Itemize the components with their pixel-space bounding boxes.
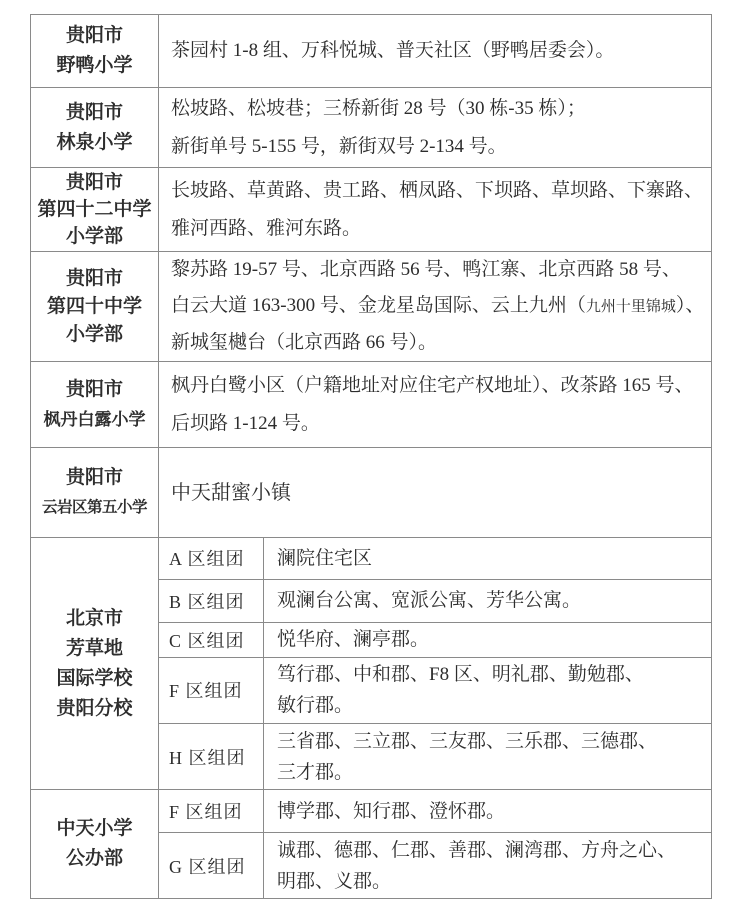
school-name-line: 林泉小学 — [56, 128, 132, 158]
content-line: 松坡路、松坡巷；三桥新街 28 号（30 栋-35 栋）； — [171, 90, 707, 128]
content-line: 悦华府、澜亭郡。 — [277, 624, 707, 655]
zone-label-cell: A 区组团 — [159, 538, 264, 579]
school-name-line: 国际学校 — [56, 664, 132, 694]
zone-label-cell: F 区组团 — [159, 790, 264, 832]
content-line: 茶园村 1-8 组、万科悦城、普天社区（野鸭居委会）。 — [171, 32, 707, 70]
school-name-line: 小学部 — [66, 223, 123, 250]
content-line: 博学郡、知行郡、澄怀郡。 — [277, 796, 707, 827]
zone-content-cell: 诚郡、德郡、仁郡、善郡、澜湾郡、方舟之心、 明郡、义郡。 — [264, 833, 711, 898]
zone-group-row: F 区组团 博学郡、知行郡、澄怀郡。 — [159, 790, 711, 833]
zone-label: G 区组团 — [169, 853, 246, 879]
zone-content-cell: 笃行郡、中和郡、F8 区、明礼郡、勤勉郡、 敏行郡。 — [264, 658, 711, 724]
content-line: 三省郡、三立郡、三友郡、三乐郡、三德郡、 — [277, 726, 707, 757]
school-name-cell: 中天小学 公办部 — [31, 790, 159, 898]
zone-label-cell: F 区组团 — [159, 658, 264, 724]
zone-group-row: B 区组团 观澜台公寓、宽派公寓、芳华公寓。 — [159, 580, 711, 623]
zone-label-cell: G 区组团 — [159, 833, 264, 898]
content-line: 观澜台公寓、宽派公寓、芳华公寓。 — [277, 585, 707, 616]
school-district-table: 贵阳市 野鸭小学 茶园村 1-8 组、万科悦城、普天社区（野鸭居委会）。 贵阳市… — [30, 14, 712, 899]
school-name-cell: 贵阳市 枫丹白露小学 — [31, 362, 159, 447]
school-name-line: 贵阳市 — [66, 463, 123, 493]
content-line: 笃行郡、中和郡、F8 区、明礼郡、勤勉郡、 — [277, 659, 707, 690]
zone-group-row: A 区组团 澜院住宅区 — [159, 538, 711, 580]
content-text-small: 九州十里锦城 — [586, 299, 676, 315]
district-content-cell: 枫丹白鹭小区（户籍地址对应住宅产权地址）、改茶路 165 号、 后坝路 1-12… — [159, 362, 711, 447]
school-name-line: 北京市 — [66, 604, 123, 634]
content-text: ）、 — [676, 295, 705, 316]
zone-label: F 区组团 — [169, 677, 243, 703]
content-line: 敏行郡。 — [277, 690, 707, 721]
district-content-cell: 松坡路、松坡巷；三桥新街 28 号（30 栋-35 栋）； 新街单号 5-155… — [159, 88, 711, 167]
document-page: 贵阳市 野鸭小学 茶园村 1-8 组、万科悦城、普天社区（野鸭居委会）。 贵阳市… — [0, 0, 740, 901]
content-line: 明郡、义郡。 — [277, 866, 707, 897]
school-name-line: 枫丹白露小学 — [44, 405, 146, 435]
school-name-line: 芳草地 — [66, 634, 123, 664]
zone-group-row: G 区组团 诚郡、德郡、仁郡、善郡、澜湾郡、方舟之心、 明郡、义郡。 — [159, 833, 711, 898]
school-name-cell: 贵阳市 野鸭小学 — [31, 15, 159, 87]
table-row: 贵阳市 枫丹白露小学 枫丹白鹭小区（户籍地址对应住宅产权地址）、改茶路 165 … — [31, 362, 711, 448]
content-line: 后坝路 1-124 号。 — [171, 405, 707, 443]
zone-content-cell: 观澜台公寓、宽派公寓、芳华公寓。 — [264, 580, 711, 622]
district-content-cell: 茶园村 1-8 组、万科悦城、普天社区（野鸭居委会）。 — [159, 15, 711, 87]
zone-content-cell: 悦华府、澜亭郡。 — [264, 623, 711, 657]
zone-group-row: F 区组团 笃行郡、中和郡、F8 区、明礼郡、勤勉郡、 敏行郡。 — [159, 658, 711, 725]
zone-label: F 区组团 — [169, 798, 243, 824]
school-name-line: 贵阳市 — [66, 98, 123, 128]
content-line: 澜院住宅区 — [277, 543, 707, 574]
school-name-line: 公办部 — [66, 844, 123, 874]
school-name-cell: 贵阳市 第四十二中学 小学部 — [31, 168, 159, 251]
zone-groups: F 区组团 博学郡、知行郡、澄怀郡。 G 区组团 诚郡、德郡、仁郡、善郡、澜湾郡… — [159, 790, 711, 898]
zone-group-row: C 区组团 悦华府、澜亭郡。 — [159, 623, 711, 658]
table-row: 贵阳市 第四十二中学 小学部 长坡路、草黄路、贵工路、栖凤路、下坝路、草坝路、下… — [31, 168, 711, 252]
zone-label: C 区组团 — [169, 627, 245, 653]
table-row: 贵阳市 林泉小学 松坡路、松坡巷；三桥新街 28 号（30 栋-35 栋）； 新… — [31, 88, 711, 168]
school-name-line: 野鸭小学 — [56, 51, 132, 81]
district-content-cell: 中天甜蜜小镇 — [159, 448, 711, 537]
table-row: 贵阳市 云岩区第五小学 中天甜蜜小镇 — [31, 448, 711, 538]
content-line: 诚郡、德郡、仁郡、善郡、澜湾郡、方舟之心、 — [277, 835, 707, 866]
school-name-line: 第四十二中学 — [37, 196, 151, 223]
zone-groups: A 区组团 澜院住宅区 B 区组团 观澜台公寓、宽派公寓、芳华公寓。 — [159, 538, 711, 789]
table-row: 贵阳市 第四十中学 小学部 黎苏路 19-57 号、北京西路 56 号、鸭江寨、… — [31, 252, 711, 362]
zone-label: A 区组团 — [169, 545, 245, 571]
school-name-line: 第四十中学 — [47, 293, 142, 321]
content-line: 白云大道 163-300 号、金龙星岛国际、云上九州（九州十里锦城）、 — [171, 288, 707, 325]
school-name-cell: 贵阳市 云岩区第五小学 — [31, 448, 159, 537]
content-text: 白云大道 163-300 号、金龙星岛国际、云上九州（ — [171, 295, 586, 316]
zone-label-cell: H 区组团 — [159, 724, 264, 789]
school-name-line: 中天小学 — [56, 814, 132, 844]
zone-label: B 区组团 — [169, 588, 245, 614]
table-row: 中天小学 公办部 F 区组团 博学郡、知行郡、澄怀郡。 G 区组团 — [31, 790, 711, 898]
school-name-line: 贵阳分校 — [56, 694, 132, 724]
school-name-line: 云岩区第五小学 — [42, 493, 147, 523]
school-name-line: 贵阳市 — [66, 169, 123, 196]
table-row: 北京市 芳草地 国际学校 贵阳分校 A 区组团 澜院住宅区 B 区组团 — [31, 538, 711, 790]
zone-label-cell: C 区组团 — [159, 623, 264, 657]
table-row: 贵阳市 野鸭小学 茶园村 1-8 组、万科悦城、普天社区（野鸭居委会）。 — [31, 15, 711, 88]
school-name-cell: 贵阳市 第四十中学 小学部 — [31, 252, 159, 361]
school-name-line: 贵阳市 — [66, 21, 123, 51]
zone-group-row: H 区组团 三省郡、三立郡、三友郡、三乐郡、三德郡、 三才郡。 — [159, 724, 711, 789]
zone-content-cell: 博学郡、知行郡、澄怀郡。 — [264, 790, 711, 832]
content-line: 长坡路、草黄路、贵工路、栖凤路、下坝路、草坝路、下寨路、 — [171, 172, 707, 210]
district-content-cell: 黎苏路 19-57 号、北京西路 56 号、鸭江寨、北京西路 58 号、 白云大… — [159, 252, 711, 361]
school-name-cell: 贵阳市 林泉小学 — [31, 88, 159, 167]
zone-content-cell: 澜院住宅区 — [264, 538, 711, 579]
school-name-line: 小学部 — [66, 321, 123, 349]
school-name-cell: 北京市 芳草地 国际学校 贵阳分校 — [31, 538, 159, 789]
content-line: 枫丹白鹭小区（户籍地址对应住宅产权地址）、改茶路 165 号、 — [171, 367, 707, 405]
zone-label-cell: B 区组团 — [159, 580, 264, 622]
content-line: 新街单号 5-155 号，新街双号 2-134 号。 — [171, 128, 707, 166]
content-line: 中天甜蜜小镇 — [171, 474, 707, 512]
zone-label: H 区组团 — [169, 744, 246, 770]
zone-content-cell: 三省郡、三立郡、三友郡、三乐郡、三德郡、 三才郡。 — [264, 724, 711, 789]
content-line: 黎苏路 19-57 号、北京西路 56 号、鸭江寨、北京西路 58 号、 — [171, 252, 707, 288]
school-name-line: 贵阳市 — [66, 375, 123, 405]
district-content-cell: 长坡路、草黄路、贵工路、栖凤路、下坝路、草坝路、下寨路、 雅河西路、雅河东路。 — [159, 168, 711, 251]
school-name-line: 贵阳市 — [66, 265, 123, 293]
content-line: 雅河西路、雅河东路。 — [171, 210, 707, 248]
content-line: 三才郡。 — [277, 757, 707, 788]
content-line: 新城玺樾台（北京西路 66 号）。 — [171, 325, 707, 361]
